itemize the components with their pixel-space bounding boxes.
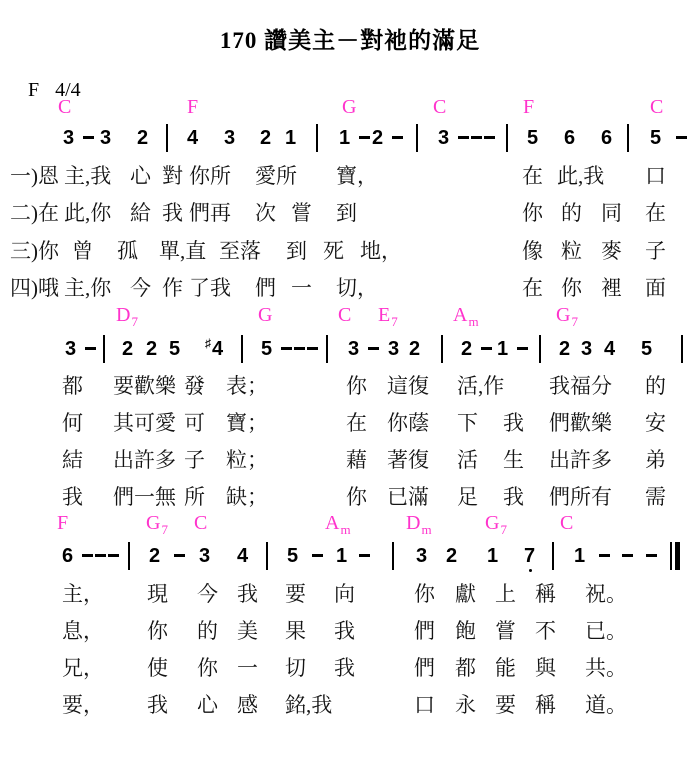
lyric-token: 們再	[189, 202, 231, 225]
lyric-token: 子	[645, 240, 666, 263]
chord-label: C	[58, 97, 71, 117]
chord-label: F	[523, 97, 534, 117]
lyric-token: 獻	[455, 583, 476, 606]
lyric-token: 出許多	[113, 449, 176, 472]
key-signature: F	[28, 79, 39, 101]
note-digit: 5	[169, 338, 180, 360]
lyric-token: 道。	[585, 694, 627, 717]
lyric-token: 都	[455, 657, 476, 680]
lyric-token: 共。	[585, 657, 627, 680]
lyric-token: 現	[147, 583, 168, 606]
lyric-token: 你所	[189, 165, 231, 188]
note-digit: 3	[348, 338, 359, 360]
note-digit: 3	[416, 545, 427, 567]
lyric-token: 地，	[360, 240, 402, 263]
lyric-token: 感	[237, 694, 258, 717]
note-digit: 1	[285, 127, 296, 149]
lyric-token: 永	[455, 694, 476, 717]
duration-dash	[108, 554, 119, 557]
duration-dash	[281, 347, 292, 350]
barline	[166, 124, 168, 152]
barline	[316, 124, 318, 152]
chord-label: D7	[116, 305, 137, 327]
chord-label: E7	[378, 305, 397, 327]
lyric-token: 了我	[189, 277, 231, 300]
duration-dash	[471, 136, 482, 139]
duration-dash	[599, 554, 610, 557]
lyric-token: 你	[522, 202, 543, 225]
lyric-token: 要，	[62, 694, 104, 717]
lyric-token: 稱	[535, 583, 556, 606]
lyric-token: 下	[457, 412, 478, 435]
barline	[241, 335, 243, 363]
lyric-token: 對	[162, 165, 183, 188]
lyric-token: 著復	[387, 449, 429, 472]
note-digit: 1	[336, 545, 347, 567]
lyric-token: 與	[535, 657, 556, 680]
lyric-token: 我	[334, 657, 355, 680]
barline	[103, 335, 105, 363]
lyric-token: 缺；	[226, 486, 268, 509]
chord-subscript: m	[340, 522, 350, 537]
lyric-token: 使	[147, 657, 168, 680]
duration-dash	[85, 347, 96, 350]
duration-dash	[82, 554, 93, 557]
lyric-token: 息，	[62, 620, 104, 643]
lyric-token: 口	[414, 694, 435, 717]
lyric-token: 在	[522, 165, 543, 188]
lyric-token: 的	[645, 375, 666, 398]
lyric-token: 曾	[72, 240, 93, 263]
lyric-token: 要歡樂	[113, 375, 176, 398]
lyric-token: 你	[147, 620, 168, 643]
duration-dash	[676, 136, 687, 139]
lyric-token: 三)你	[10, 240, 59, 263]
lyric-token: 們	[414, 620, 435, 643]
lyric-token: 切，	[336, 277, 378, 300]
duration-dash	[484, 136, 495, 139]
lyric-token: 們所有	[549, 486, 612, 509]
barline	[627, 124, 629, 152]
note-digit: 3	[199, 545, 210, 567]
barline	[326, 335, 328, 363]
lyric-token: 們一無	[113, 486, 176, 509]
lyric-token: 這復	[387, 375, 429, 398]
lyric-token: 在	[346, 412, 367, 435]
lyric-token: 何	[62, 412, 83, 435]
lyric-token: 我	[237, 583, 258, 606]
note-digit: 1	[339, 127, 350, 149]
lyric-token: 麥	[601, 240, 622, 263]
lyric-token: 到	[336, 202, 357, 225]
lyric-token: 主，	[62, 583, 104, 606]
lyric-token: 我	[62, 486, 83, 509]
lyric-token: 活,作	[457, 375, 504, 398]
duration-dash	[646, 554, 657, 557]
note-digit: 1	[574, 545, 585, 567]
note-digit: 3	[438, 127, 449, 149]
chord-label: Am	[453, 305, 478, 327]
lyric-token: 一)恩	[10, 165, 59, 188]
barline	[266, 542, 268, 570]
chord-label: C	[194, 513, 207, 533]
lyric-token: 寶；	[226, 412, 268, 435]
lyric-token: 一	[237, 657, 258, 680]
chord-subscript: 7	[391, 314, 398, 329]
lyric-token: 我	[334, 620, 355, 643]
lyric-token: 一	[291, 277, 312, 300]
lyric-token: 已。	[585, 620, 627, 643]
lyric-token: 粒；	[226, 449, 268, 472]
lyric-token: 果	[285, 620, 306, 643]
note-digit: 6	[564, 127, 575, 149]
lyric-token: 心	[197, 694, 218, 717]
lyric-token: 你	[561, 277, 582, 300]
chord-label: Dm	[406, 513, 431, 535]
lyric-token: 寶，	[336, 165, 378, 188]
lyric-token: 生	[503, 449, 524, 472]
note-digit: 1	[497, 338, 508, 360]
lyric-token: 足	[457, 486, 478, 509]
page-title: 170 讚美主－對祂的滿足	[0, 22, 700, 55]
lyric-token: 主,我	[64, 165, 111, 188]
chord-label: C	[338, 305, 351, 325]
duration-dash	[392, 136, 403, 139]
duration-dash	[622, 554, 633, 557]
lyric-token: 今	[197, 583, 218, 606]
hymn-sheet: 170 讚美主－對祂的滿足 F4/4 CFGCFC33243211235665一…	[0, 0, 700, 761]
note-digit: 2	[409, 338, 420, 360]
lyric-token: 作	[162, 277, 183, 300]
duration-dash	[95, 554, 106, 557]
note-digit: 3	[581, 338, 592, 360]
lyric-token: 在	[522, 277, 543, 300]
lyric-token: 能	[495, 657, 516, 680]
duration-dash	[368, 347, 379, 350]
chord-subscript: m	[421, 522, 431, 537]
lyric-token: 我	[162, 202, 183, 225]
lyric-token: 嘗	[291, 202, 312, 225]
chord-label: G	[342, 97, 356, 117]
lyric-token: 你	[346, 375, 367, 398]
note-digit: 2	[559, 338, 570, 360]
lyric-token: 嘗	[495, 620, 516, 643]
note-digit: 4	[604, 338, 615, 360]
note-digit: 5	[650, 127, 661, 149]
lyric-token: 表；	[226, 375, 268, 398]
lyric-token: 此,我	[557, 165, 604, 188]
lyric-token: 安	[645, 412, 666, 435]
chord-subscript: 7	[131, 314, 138, 329]
duration-dash	[83, 136, 94, 139]
lyric-token: 活	[457, 449, 478, 472]
lyric-token: 次	[255, 202, 276, 225]
lyric-token: 不	[535, 620, 556, 643]
lyric-token: 你	[346, 486, 367, 509]
note-digit: 5	[287, 545, 298, 567]
note-digit: 6	[601, 127, 612, 149]
lyric-token: 切	[285, 657, 306, 680]
lyric-token: 死	[323, 240, 344, 263]
chord-label: C	[560, 513, 573, 533]
chord-label: G7	[485, 513, 506, 535]
duration-dash	[481, 347, 492, 350]
duration-dash	[307, 347, 318, 350]
lyric-token: 都	[62, 375, 83, 398]
duration-dash	[359, 554, 370, 557]
duration-dash	[359, 136, 370, 139]
lyric-token: 我	[147, 694, 168, 717]
lyric-token: 的	[197, 620, 218, 643]
lyric-token: 給	[130, 202, 151, 225]
barline	[681, 335, 683, 363]
chord-subscript: 7	[571, 314, 578, 329]
note-digit: 4	[187, 127, 198, 149]
barline	[539, 335, 541, 363]
barline	[552, 542, 554, 570]
note-digit: 3	[224, 127, 235, 149]
note-digit: 5	[527, 127, 538, 149]
chord-label: C	[650, 97, 663, 117]
note-digit: 3	[63, 127, 74, 149]
lyric-token: 其可愛	[113, 412, 176, 435]
note-digit: 5	[641, 338, 652, 360]
note-digit: 2	[446, 545, 457, 567]
note-digit: 3	[388, 338, 399, 360]
lyric-token: 在	[645, 202, 666, 225]
lyric-token: 主,你	[64, 277, 111, 300]
lyric-token: 美	[237, 620, 258, 643]
lyric-token: 祝。	[585, 583, 627, 606]
lyric-token: 飽	[455, 620, 476, 643]
lyric-token: 們	[414, 657, 435, 680]
lyric-token: 四)哦	[10, 277, 59, 300]
duration-dash	[294, 347, 305, 350]
chord-label: G	[258, 305, 272, 325]
note-digit: 3	[100, 127, 111, 149]
lyric-token: 今	[130, 277, 151, 300]
duration-dash	[174, 554, 185, 557]
duration-dash	[517, 347, 528, 350]
chord-subscript: m	[468, 314, 478, 329]
note-digit: 2	[122, 338, 133, 360]
chord-subscript: 7	[161, 522, 168, 537]
lyric-token: 稱	[535, 694, 556, 717]
chord-subscript: 7	[500, 522, 507, 537]
lyric-token: 所	[184, 486, 205, 509]
final-barline	[670, 542, 680, 570]
lyric-token: 你	[414, 583, 435, 606]
lyric-token: 此,你	[64, 202, 111, 225]
lyric-token: 兄，	[62, 657, 104, 680]
lyric-token: 至落	[219, 240, 261, 263]
barline	[416, 124, 418, 152]
lyric-token: 粒	[561, 240, 582, 263]
lyric-token: 要	[285, 583, 306, 606]
note-digit: 2	[260, 127, 271, 149]
lyric-token: 單,直	[159, 240, 206, 263]
note-digit: 3	[65, 338, 76, 360]
lyric-token: 你蔭	[387, 412, 429, 435]
chord-label: G7	[146, 513, 167, 535]
chord-label: F	[57, 513, 68, 533]
lyric-token: 我	[503, 412, 524, 435]
lyric-token: 像	[522, 240, 543, 263]
sharp-icon: ♯	[205, 336, 211, 350]
lyric-token: 上	[495, 583, 516, 606]
note-digit: ♯4	[205, 338, 223, 362]
lyric-token: 子	[184, 449, 205, 472]
lyric-token: 同	[601, 202, 622, 225]
barline	[392, 542, 394, 570]
lyric-token: 你	[197, 657, 218, 680]
note-digit: 2	[146, 338, 157, 360]
lyric-token: 二)在	[10, 202, 59, 225]
lyric-token: 結	[62, 449, 83, 472]
note-digit: 4	[237, 545, 248, 567]
chord-label: Am	[325, 513, 350, 535]
lyric-token: 裡	[601, 277, 622, 300]
barline	[506, 124, 508, 152]
chord-label: C	[433, 97, 446, 117]
duration-dash	[312, 554, 323, 557]
note-digit: 5	[261, 338, 272, 360]
note-digit: 2	[461, 338, 472, 360]
lyric-token: 出許多	[549, 449, 612, 472]
lyric-token: 已滿	[387, 486, 429, 509]
lyric-token: 需	[645, 486, 666, 509]
low-octave-dot	[529, 569, 532, 572]
chord-label: F	[187, 97, 198, 117]
lyric-token: 心	[130, 165, 151, 188]
lyric-token: 向	[334, 583, 355, 606]
note-digit: 2	[149, 545, 160, 567]
lyric-token: 愛所	[255, 165, 297, 188]
note-digit: 2	[137, 127, 148, 149]
lyric-token: 到	[286, 240, 307, 263]
lyric-token: 弟	[645, 449, 666, 472]
lyric-token: 面	[645, 277, 666, 300]
note-digit: 7	[524, 545, 535, 567]
duration-dash	[458, 136, 469, 139]
lyric-token: 口	[645, 165, 666, 188]
lyric-token: 藉	[346, 449, 367, 472]
lyric-token: 我福分	[549, 375, 612, 398]
lyric-token: 銘,我	[285, 694, 332, 717]
lyric-token: 孤	[117, 240, 138, 263]
lyric-token: 我	[503, 486, 524, 509]
lyric-token: 們	[255, 277, 276, 300]
lyric-token: 可	[184, 412, 205, 435]
lyric-token: 們歡樂	[549, 412, 612, 435]
barline	[128, 542, 130, 570]
barline	[441, 335, 443, 363]
note-digit: 2	[372, 127, 383, 149]
note-digit: 6	[62, 545, 73, 567]
lyric-token: 要	[495, 694, 516, 717]
lyric-token: 的	[561, 202, 582, 225]
lyric-token: 發	[184, 375, 205, 398]
chord-label: G7	[556, 305, 577, 327]
note-digit: 1	[487, 545, 498, 567]
